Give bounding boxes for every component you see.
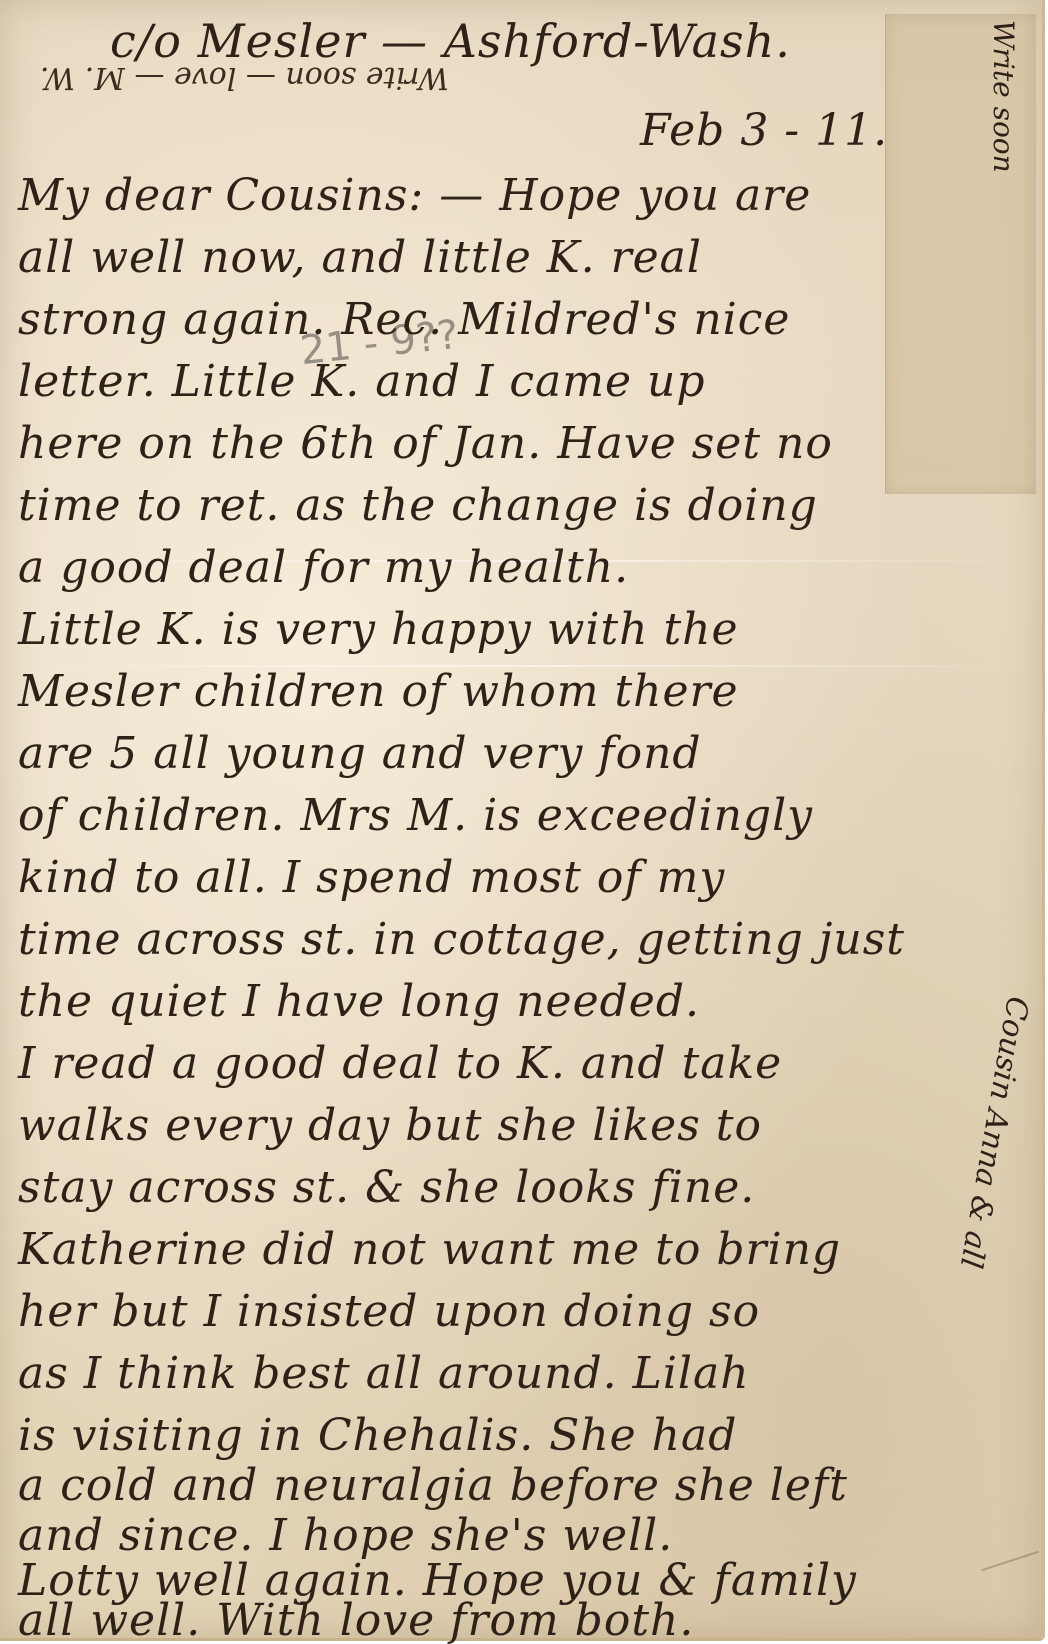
- corner-crease: [981, 1551, 1039, 1571]
- date: Feb 3 - 11.: [640, 105, 888, 156]
- body-line: is visiting in Chehalis. She had: [18, 1410, 737, 1461]
- body-line: of children. Mrs M. is exceedingly: [18, 790, 813, 841]
- body-line: her but I insisted upon doing so: [18, 1286, 760, 1337]
- body-line: walks every day but she likes to: [18, 1100, 762, 1151]
- body-line: a cold and neuralgia before she left: [18, 1460, 848, 1511]
- body-line: stay across st. & she looks fine.: [18, 1162, 755, 1213]
- body-line: I read a good deal to K. and take: [18, 1038, 782, 1089]
- body-line: Katherine did not want me to bring: [18, 1224, 841, 1275]
- body-line: Mesler children of whom there: [18, 666, 739, 717]
- body-line: are 5 all young and very fond: [18, 728, 702, 779]
- body-line: time to ret. as the change is doing: [18, 480, 818, 531]
- body-line: strong again. Rec. Mildred's nice: [18, 294, 790, 345]
- body-line: Little K. is very happy with the: [18, 604, 739, 655]
- body-line: My dear Cousins: — Hope you are: [18, 170, 811, 221]
- body-line: time across st. in cottage, getting just: [18, 914, 905, 965]
- address-line: c/o Mesler — Ashford-Wash.: [110, 14, 791, 68]
- body-line: all well. With love from both.: [18, 1595, 694, 1644]
- body-line: the quiet I have long needed.: [18, 976, 700, 1027]
- body-line: kind to all. I spend most of my: [18, 852, 725, 903]
- body-line: here on the 6th of Jan. Have set no: [18, 418, 833, 469]
- body-line: as I think best all around. Lilah: [18, 1348, 750, 1399]
- margin-note-bottom: Cousin Anna & all: [953, 994, 1035, 1271]
- postcard-back: Write soon — love — M. W. c/o Mesler — A…: [0, 0, 1045, 1641]
- margin-note-top: Write soon: [987, 20, 1020, 173]
- body-line: all well now, and little K. real: [18, 232, 702, 283]
- body-line: and since. I hope she's well.: [18, 1510, 673, 1561]
- body-line: letter. Little K. and I came up: [18, 356, 706, 407]
- body-line: a good deal for my health.: [18, 542, 629, 593]
